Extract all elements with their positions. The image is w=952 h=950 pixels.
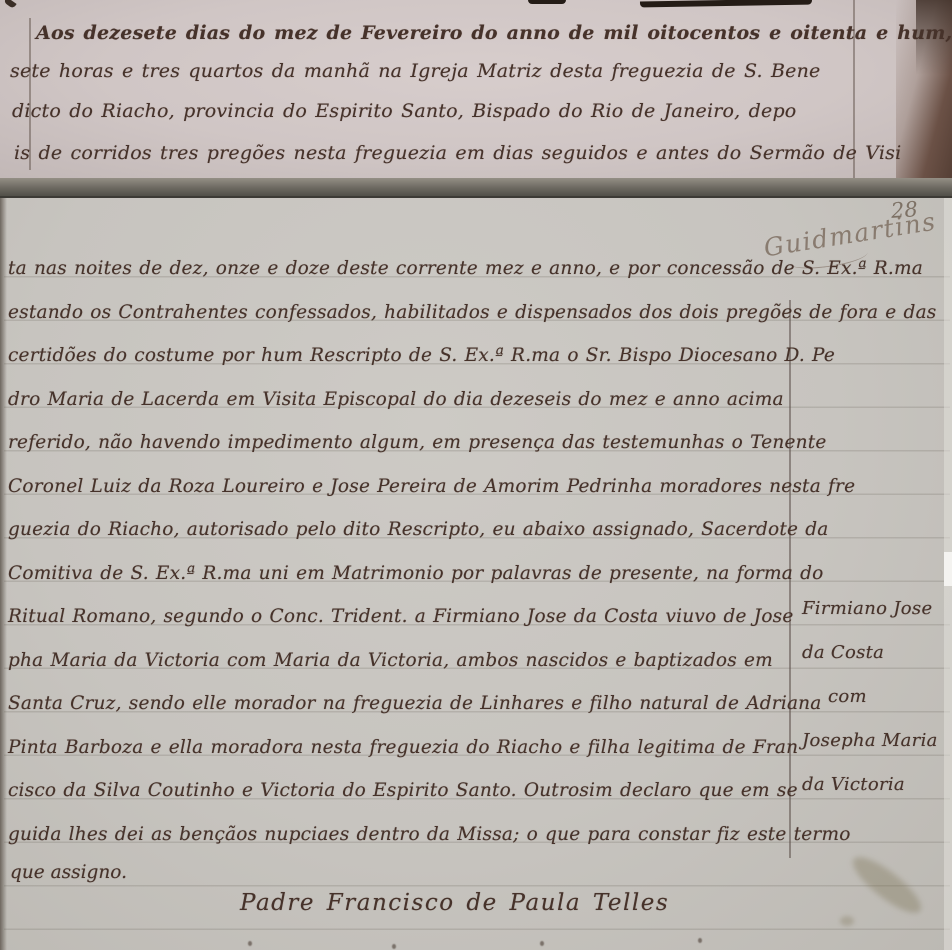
record-text-line: dro Maria de Lacerda em Visita Episcopal… (8, 389, 784, 410)
paper-stain (840, 916, 854, 926)
record-text-line: is de corridos tres pregões nesta fregue… (14, 142, 901, 164)
scan-seam (0, 178, 952, 198)
closing-line: que assigno. (10, 862, 127, 883)
margin-note-line: Firmiano Jose (802, 598, 932, 619)
top-page-fragment: Aos dezesete dias do mez de Fevereiro do… (0, 0, 952, 178)
record-text-line: referido, não havendo impedimento algum,… (8, 432, 827, 453)
cropped-text-remnant (528, 0, 566, 4)
record-text-line: Aos dezesete dias do mez de Fevereiro do… (36, 22, 952, 44)
cropped-text-remnant (640, 0, 812, 8)
record-text-line: Comitiva de S. Ex.ª R.ma uni em Matrimon… (8, 563, 823, 584)
record-text-line: ta nas noites de dez, onze e doze deste … (8, 258, 923, 279)
record-text-line: Pinta Barboza e ella moradora nesta freg… (8, 737, 798, 758)
ink-speck (392, 944, 396, 949)
record-text-line: guida lhes dei as bençãos nupciaes dentr… (8, 824, 851, 845)
record-text-line: Santa Cruz, sendo elle morador na fregue… (8, 693, 822, 714)
record-text-line: pha Maria da Victoria com Maria da Victo… (8, 650, 773, 671)
margin-note-line: da Victoria (802, 774, 905, 795)
ink-speck (540, 941, 544, 946)
scan-gap-sliver (944, 552, 952, 586)
record-text-line: dicto do Riacho, provincia do Espirito S… (12, 100, 796, 122)
manuscript-scan: Aos dezesete dias do mez de Fevereiro do… (0, 0, 952, 950)
record-text-line: sete horas e tres quartos da manhã na Ig… (10, 60, 820, 82)
page-left-edge-shadow (0, 198, 7, 950)
record-text-line: guezia do Riacho, autorisado pelo dito R… (8, 519, 829, 540)
margin-note-line: da Costa (802, 642, 884, 663)
ink-speck (698, 938, 702, 943)
margin-note-line: com (828, 686, 867, 707)
record-text-line: cisco da Silva Coutinho e Victoria do Es… (8, 780, 798, 801)
record-text-line: Coronel Luiz da Roza Loureiro e Jose Per… (8, 476, 855, 497)
record-text-line: Ritual Romano, segundo o Conc. Trident. … (8, 606, 794, 627)
record-text-line: estando os Contrahentes confessados, hab… (8, 302, 937, 323)
record-text-line: certidões do costume por hum Rescripto d… (8, 345, 835, 366)
ink-speck (248, 941, 252, 946)
cropped-text-remnant (3, 0, 16, 9)
priest-signature: Padre Francisco de Paula Telles (240, 890, 660, 916)
margin-note-line: Josepha Maria (802, 730, 938, 751)
